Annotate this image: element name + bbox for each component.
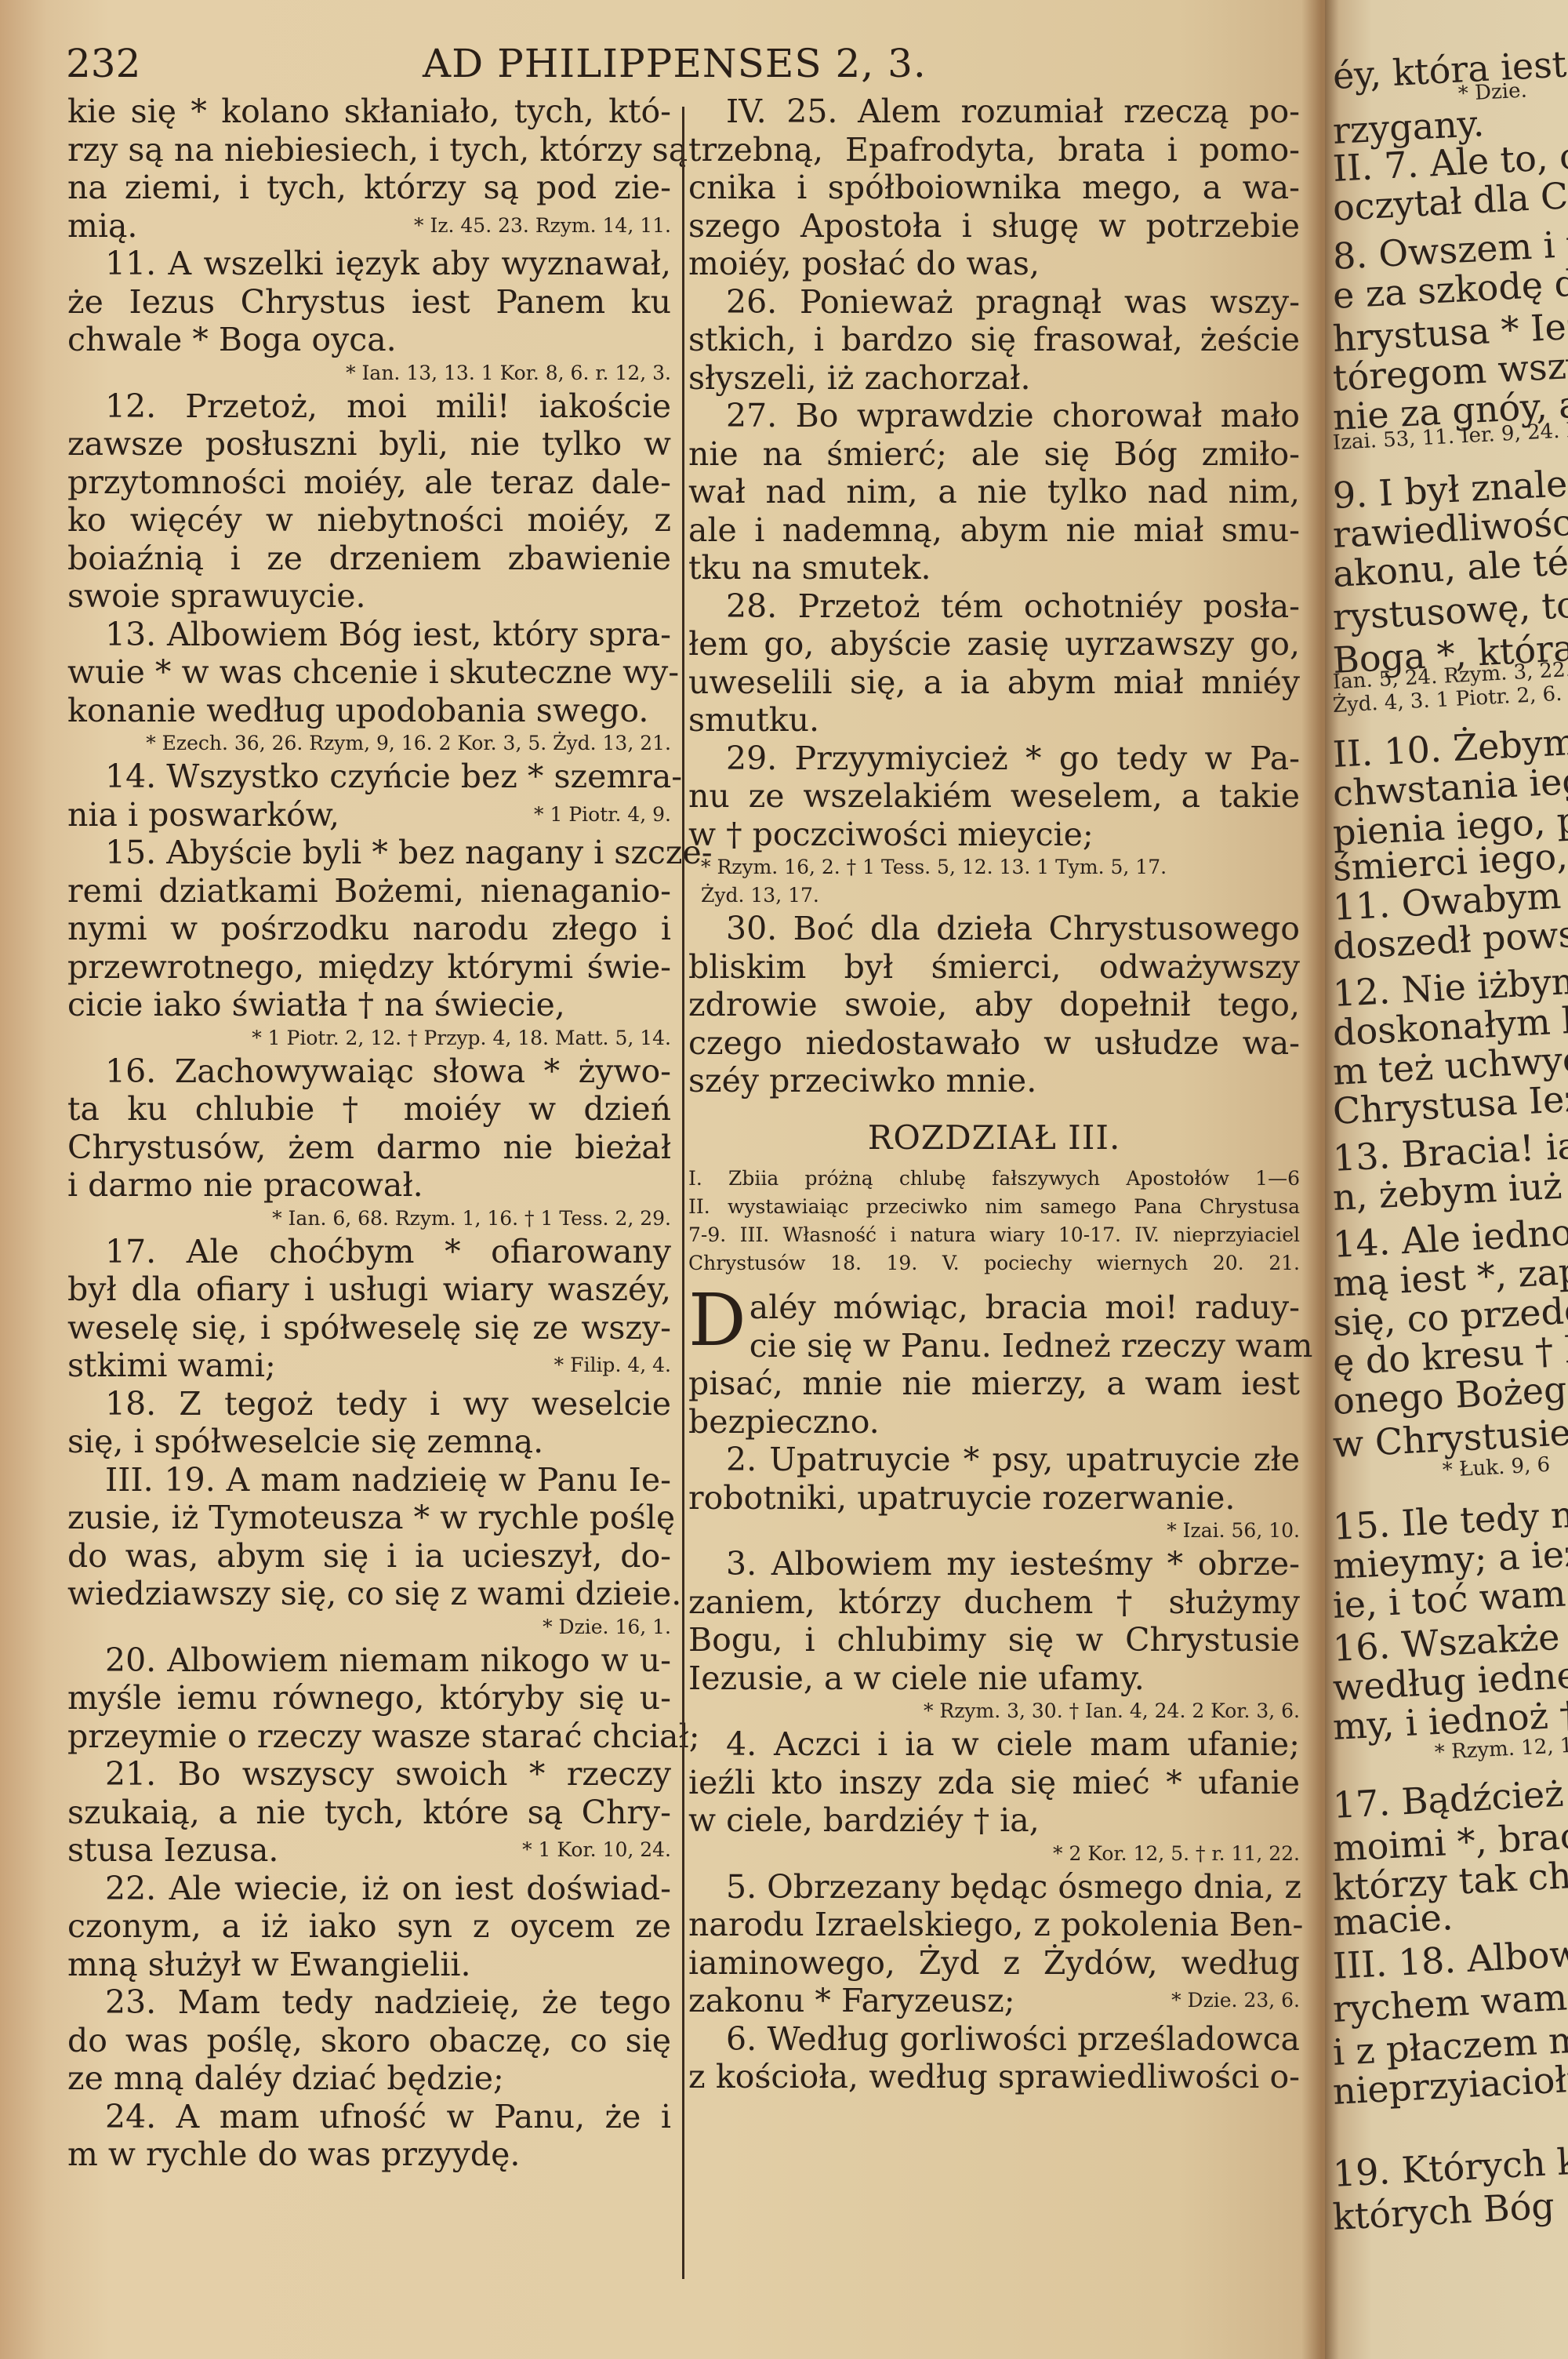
next-page-text-line: macie. xyxy=(1332,1896,1454,1944)
text-line: szego Apostoła i sługę w potrzebie xyxy=(688,207,1300,245)
cross-reference: * 1 Piotr. 4, 9. xyxy=(534,796,671,834)
text-line: swoie sprawuycie. xyxy=(67,577,671,616)
text-line: przytomności moiéy, ale teraz dale- xyxy=(67,463,671,502)
text-line: chwale * Boga oyca. xyxy=(67,321,671,359)
text-line: mią.* Iz. 45. 23. Rzym. 14, 11. xyxy=(67,207,671,245)
text-line: remi dziatkami Bożemi, nienaganio- xyxy=(67,872,671,911)
text-line: zdrowie swoie, aby dopełnił tego, xyxy=(688,986,1300,1024)
text-line: rzy są na niebiesiech, i tych, którzy są xyxy=(67,131,671,169)
text-line: cnika i spółboiownika mego, a wa- xyxy=(688,169,1300,207)
summary-line: I. Zbiia próżną chlubę fałszywych Aposto… xyxy=(688,1165,1300,1193)
text-line: z kościoła, według sprawiedliwości o- xyxy=(688,2058,1300,2096)
text-line: myśle iemu równego, któryby się u- xyxy=(67,1679,671,1717)
text-line: 23. Mam tedy nadzieię, że tego xyxy=(67,1983,671,2022)
text-line: przeymie o rzeczy wasze starać chciał; xyxy=(67,1717,671,1756)
text-line: tku na smutek. xyxy=(688,549,1300,587)
text-line: aléy mówiąc, bracia moi! raduy- xyxy=(688,1289,1300,1327)
text-line: 18. Z tegoż tedy i wy weselcie xyxy=(67,1385,671,1423)
cross-reference: * Ezech. 36, 26. Rzym, 9, 16. 2 Kor. 3, … xyxy=(67,729,671,758)
running-head: 232 AD PHILIPPENSES 2, 3. xyxy=(66,41,1289,96)
text-line: m w rychle do was przyydę. xyxy=(67,2135,671,2174)
text-line: narodu Izraelskiego, z pokolenia Ben- xyxy=(688,1906,1300,1944)
text-line: zawsze posłuszni byli, nie tylko w xyxy=(67,425,671,463)
text-line: konanie według upodobania swego. xyxy=(67,692,671,730)
text-line: trzebną, Epafrodyta, brata i pomo- xyxy=(688,131,1300,169)
text-line: 4. Aczci i ia w ciele mam ufanie; xyxy=(688,1725,1300,1764)
text-line: 22. Ale wiecie, iż on iest doświad- xyxy=(67,1870,671,1908)
text-line: 11. A wszelki ięzyk aby wyznawał, xyxy=(67,245,671,283)
text-line: ze mną daléy dziać będzie; xyxy=(67,2059,671,2098)
text-line: cicie iako światła † na świecie, xyxy=(67,986,671,1024)
text-line: wuie * w was chcenie i skuteczne wy- xyxy=(67,653,671,692)
text-line: Chrystusów, żem darmo nie bieżał xyxy=(67,1129,671,1167)
text-line: na ziemi, i tych, którzy są pod zie- xyxy=(67,169,671,207)
cross-reference: * Dzie. 23, 6. xyxy=(1171,1982,1300,2020)
summary-line: Chrystusów 18. 19. V. pociechy wiernych … xyxy=(688,1249,1300,1278)
text-line: wiedziawszy się, co się z wami dzieie. xyxy=(67,1575,671,1613)
right-column: IV. 25. Alem rozumiał rzeczą po-trzebną,… xyxy=(688,93,1300,2096)
left-column: kie się * kolano skłaniało, tych, któ-rz… xyxy=(67,93,671,2174)
text-line: łem go, abyście zasię uyrzawszy go, xyxy=(688,625,1300,663)
cross-reference: * Dzie. 16, 1. xyxy=(67,1613,671,1641)
page-number: 232 xyxy=(66,41,140,86)
text-line: stkimi wami;* Filip. 4, 4. xyxy=(67,1347,671,1385)
running-title: AD PHILIPPENSES 2, 3. xyxy=(423,41,927,86)
text-line: był dla ofiary i usługi wiary waszéy, xyxy=(67,1270,671,1309)
cross-reference: * Iz. 45. 23. Rzym. 14, 11. xyxy=(414,207,671,245)
text-line: ta ku chlubie † moiéy w dzień xyxy=(67,1090,671,1129)
text-line: 30. Boć dla dzieła Chrystusowego xyxy=(688,910,1300,948)
text-line: III. 19. A mam nadzieię w Panu Ie- xyxy=(67,1461,671,1499)
text-line: iaminowego, Żyd z Żydów, według xyxy=(688,1944,1300,1983)
text-line: Iezusie, a w ciele nie ufamy. xyxy=(688,1659,1300,1698)
text-line: przewrotnego, między którymi świe- xyxy=(67,948,671,987)
text-line: ko więcéy w niebytności moiéy, z xyxy=(67,501,671,540)
text-line: wał nad nim, a nie tylko nad nim, xyxy=(688,473,1300,511)
text-line: stusa Iezusa.* 1 Kor. 10, 24. xyxy=(67,1831,671,1870)
text-line: 3. Albowiem my iesteśmy * obrze- xyxy=(688,1545,1300,1583)
text-line: czonym, a iż iako syn z oycem ze xyxy=(67,1907,671,1946)
chapter-title: ROZDZIAŁ III. xyxy=(688,1119,1300,1158)
text-line: zaniem, którzy duchem † służymy xyxy=(688,1583,1300,1622)
text-line: smutku. xyxy=(688,701,1300,740)
next-page-text-line: éy, która iest z za xyxy=(1332,38,1568,97)
cross-reference: * Rzym. 16, 2. † 1 Tess. 5, 12. 13. 1 Ty… xyxy=(688,853,1300,881)
text-line: 14. Wszystko czyńcie bez * szemra- xyxy=(67,758,671,796)
text-line: IV. 25. Alem rozumiał rzeczą po- xyxy=(688,93,1300,131)
next-page-edge: éy, która iest z za* Dzie.rzygany.II. 7.… xyxy=(1325,0,1568,2359)
text-line: boiaźnią i ze drzeniem zbawienie xyxy=(67,540,671,578)
text-line: do was, abym się i ia ucieszył, do- xyxy=(67,1537,671,1576)
text-line: nie na śmierć; ale się Bóg zmiło- xyxy=(688,435,1300,474)
cross-reference: * Filip. 4, 4. xyxy=(554,1347,671,1385)
text-line: bliskim był śmierci, odważywszy xyxy=(688,948,1300,987)
text-line: 26. Ponieważ pragnął was wszy- xyxy=(688,283,1300,322)
next-page-text-line: * Dzie. xyxy=(1457,78,1527,106)
text-line: czego niedostawało w usłudze wa- xyxy=(688,1024,1300,1063)
text-line: 6. Według gorliwości prześladowca xyxy=(688,2020,1300,2059)
text-line: nymi w pośrzodku narodu złego i xyxy=(67,910,671,948)
text-line: weselę się, i spółweselę się ze wszy- xyxy=(67,1309,671,1347)
text-line: 16. Zachowywaiąc słowa * żywo- xyxy=(67,1052,671,1091)
text-line: 2. Upatruycie * psy, upatruycie złe xyxy=(688,1441,1300,1479)
summary-line: 7-9. III. Własność i natura wiary 10-17.… xyxy=(688,1221,1300,1249)
text-line: 27. Bo wprawdzie chorował mało xyxy=(688,397,1300,435)
text-line: pisać, mnie nie mierzy, a wam iest xyxy=(688,1365,1300,1403)
text-line: Bogu, i chlubimy się w Chrystusie xyxy=(688,1621,1300,1659)
text-line: w ciele, bardziéy † ia, xyxy=(688,1801,1300,1840)
text-line: ale i nademną, abym nie miał smu- xyxy=(688,511,1300,550)
column-divider xyxy=(682,107,684,2279)
text-line: 24. A mam ufność w Panu, że i xyxy=(67,2098,671,2136)
text-line: uweselili się, a ia abym miał mniéy xyxy=(688,663,1300,702)
text-line: 15. Abyście byli * bez nagany i szcze- xyxy=(67,834,671,872)
text-line: kie się * kolano skłaniało, tych, któ- xyxy=(67,93,671,131)
next-page-text-line: * Łuk. 9, 6 xyxy=(1442,1453,1551,1482)
text-line: nu ze wszelakiém weselem, a takie xyxy=(688,777,1300,816)
cross-reference: * Ian. 6, 68. Rzym. 1, 16. † 1 Tess. 2, … xyxy=(67,1205,671,1233)
text-line: że Iezus Chrystus iest Panem ku xyxy=(67,283,671,322)
chapter-2-continuation: IV. 25. Alem rozumiał rzeczą po-trzebną,… xyxy=(688,93,1300,1100)
text-line: robotniki, upatruycie rozerwanie. xyxy=(688,1479,1300,1518)
book-page: 232 AD PHILIPPENSES 2, 3. kie się * kola… xyxy=(0,0,1325,2359)
text-line: 29. Przyymiycież * go tedy w Pa- xyxy=(688,740,1300,778)
chapter-3-text: Daléy mówiąc, bracia moi! raduy-cie się … xyxy=(688,1289,1300,2096)
text-line: 13. Albowiem Bóg iest, który spra- xyxy=(67,616,671,654)
text-line: szukaią, a nie tych, które są Chry- xyxy=(67,1794,671,1832)
text-line: 12. Przetoż, moi mili! iakoście xyxy=(67,387,671,426)
text-line: zusie, iż Tymoteusza * w rychle poślę xyxy=(67,1499,671,1537)
text-line: bezpieczno. xyxy=(688,1403,1300,1441)
summary-line: II. wystawiaiąc przeciwko nim samego Pan… xyxy=(688,1193,1300,1221)
cross-reference: * 1 Kor. 10, 24. xyxy=(522,1831,671,1870)
text-line: széy przeciwko mnie. xyxy=(688,1062,1300,1100)
text-line: zakonu * Faryzeusz;* Dzie. 23, 6. xyxy=(688,1982,1300,2020)
text-line: 28. Przetoż tém ochotniéy posła- xyxy=(688,587,1300,626)
cross-reference: * Izai. 56, 10. xyxy=(688,1517,1300,1545)
text-line: się, i spółweselcie się zemną. xyxy=(67,1423,671,1461)
text-line: 17. Ale choćbym * ofiarowany xyxy=(67,1233,671,1271)
cross-reference: * 2 Kor. 12, 5. † r. 11, 22. xyxy=(688,1840,1300,1868)
text-line: stkich, i bardzo się frasował, żeście xyxy=(688,321,1300,359)
text-line: mną służył w Ewangielii. xyxy=(67,1946,671,1984)
text-line: cie się w Panu. Iedneż rzeczy wam xyxy=(688,1327,1300,1365)
text-line: moiéy, posłać do was, xyxy=(688,245,1300,283)
text-line: słyszeli, iż zachorzał. xyxy=(688,359,1300,398)
text-line: 20. Albowiem niemam nikogo w u- xyxy=(67,1641,671,1680)
text-line: nia i poswarków,* 1 Piotr. 4, 9. xyxy=(67,796,671,834)
text-line: w † poczciwości mieycie; xyxy=(688,816,1300,854)
cross-reference: * Ian. 13, 13. 1 Kor. 8, 6. r. 12, 3. xyxy=(67,359,671,387)
drop-cap: D xyxy=(688,1293,746,1348)
text-line: 21. Bo wszyscy swoich * rzeczy xyxy=(67,1755,671,1794)
text-line: 5. Obrzezany będąc ósmego dnia, z xyxy=(688,1868,1300,1906)
cross-reference: * 1 Piotr. 2, 12. † Przyp. 4, 18. Matt. … xyxy=(67,1024,671,1052)
cross-reference: * Rzym. 3, 30. † Ian. 4, 24. 2 Kor. 3, 6… xyxy=(688,1697,1300,1725)
text-line: ieźli kto inszy zda się mieć * ufanie xyxy=(688,1764,1300,1802)
cross-reference: Żyd. 13, 17. xyxy=(688,881,1300,910)
text-line: i darmo nie pracował. xyxy=(67,1166,671,1205)
text-line: do was poślę, skoro obaczę, co się xyxy=(67,2022,671,2060)
chapter-summary: I. Zbiia próżną chlubę fałszywych Aposto… xyxy=(688,1165,1300,1278)
